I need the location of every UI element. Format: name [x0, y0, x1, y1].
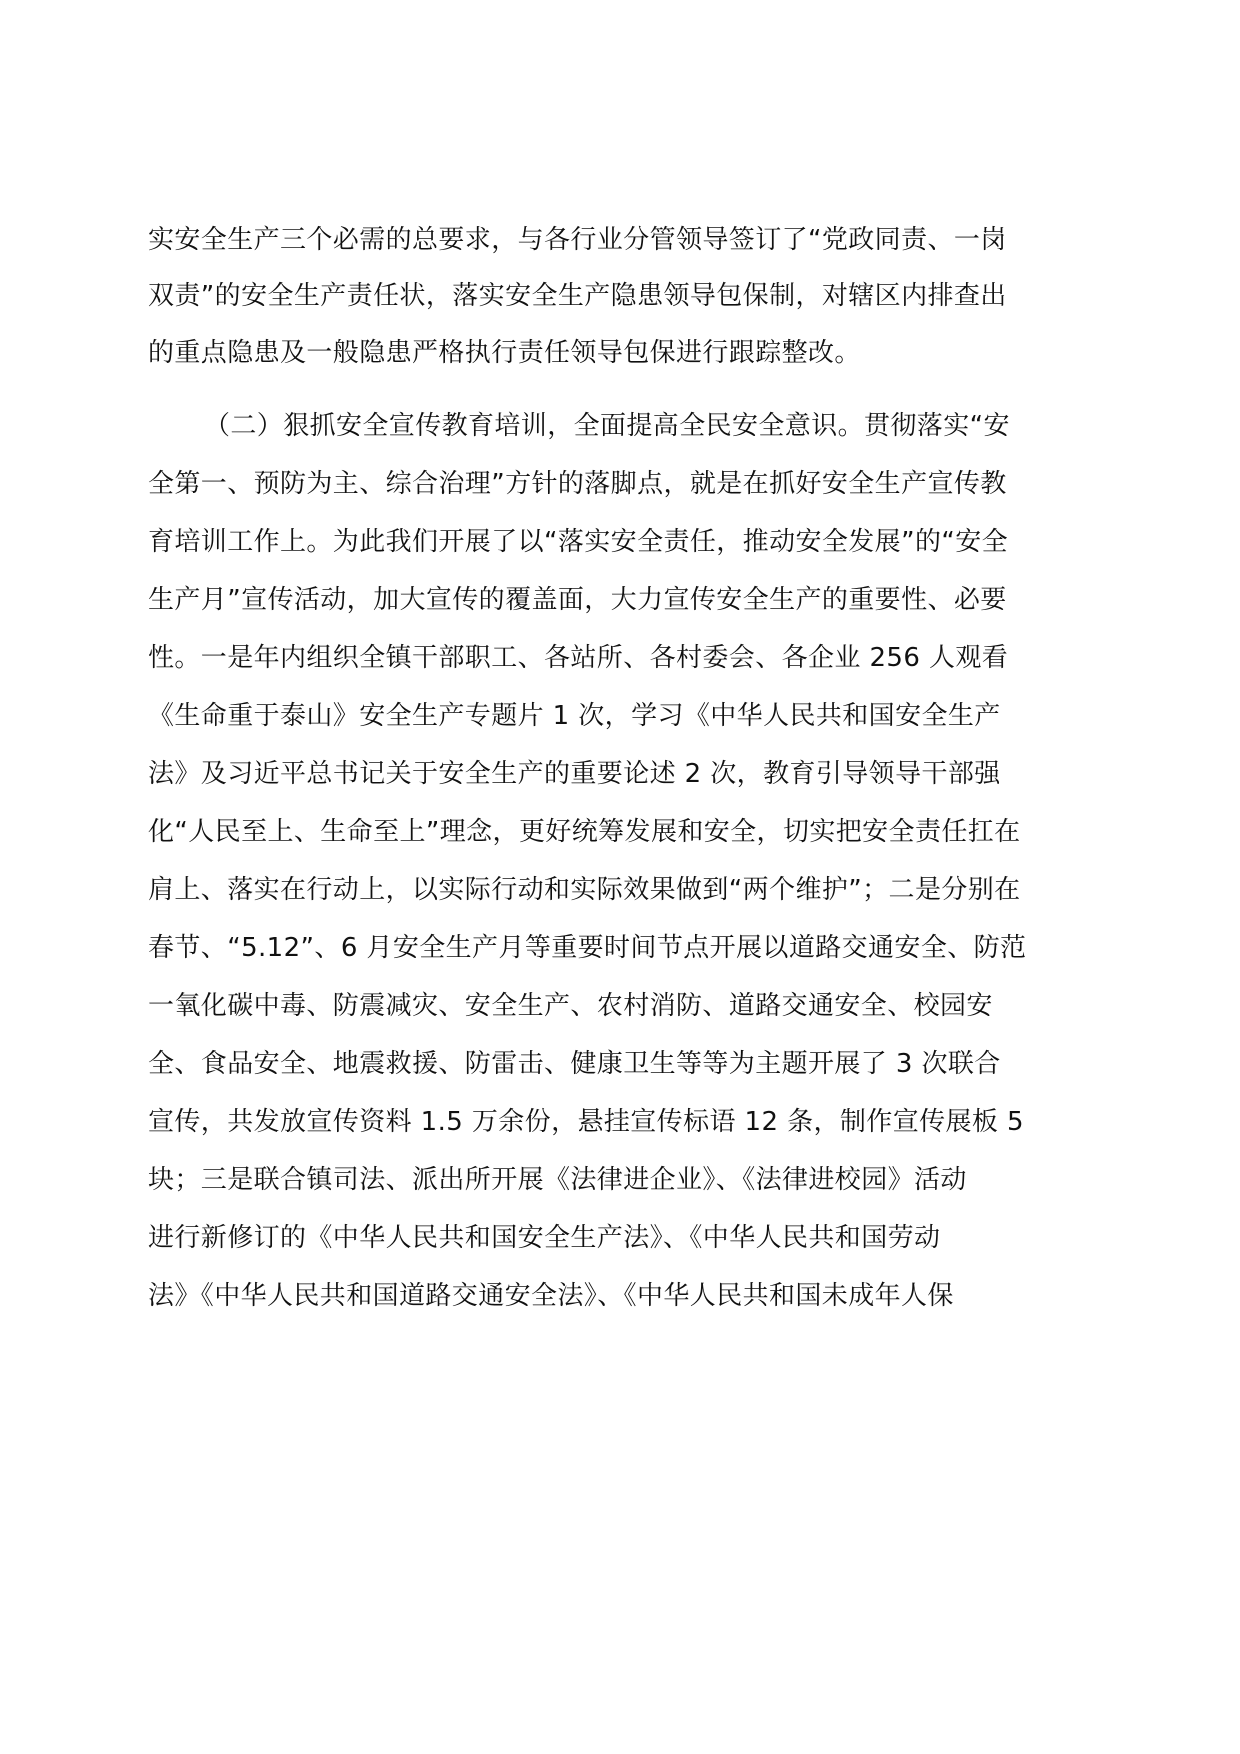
text-line: 肩上、落实在行动上，以实际行动和实际效果做到“两个维护”；二是分别在 — [148, 874, 1021, 906]
document-page: 实安全生产三个必需的总要求，与各行业分管领导签订了“党政同责、一岗 双责”的安全… — [0, 0, 1240, 1754]
text-line: 块；三是联合镇司法、派出所开展《法律进企业》、《法律进校园》活动 — [148, 1164, 967, 1196]
text-line: 的重点隐患及一般隐患严格执行责任领导包保进行跟踪整改。 — [148, 337, 861, 369]
text-line: 法》《中华人民共和国道路交通安全法》、《中华人民共和国未成年人保 — [148, 1280, 954, 1312]
text-line: 一氧化碳中毒、防震减灾、安全生产、农村消防、道路交通安全、校园安 — [148, 990, 993, 1022]
text-line: 法》及习近平总书记关于安全生产的重要论述 2 次，教育引导领导干部强 — [148, 758, 1001, 790]
text-line: 进行新修订的《中华人民共和国安全生产法》、《中华人民共和国劳动 — [148, 1222, 940, 1254]
text-line: 实安全生产三个必需的总要求，与各行业分管领导签订了“党政同责、一岗 — [148, 224, 1007, 256]
text-line: 春节、“5.12”、6 月安全生产月等重要时间节点开展以道路交通安全、防范 — [148, 932, 1026, 964]
text-line: 性。一是年内组织全镇干部职工、各站所、各村委会、各企业 256 人观看 — [148, 642, 1008, 674]
text-line: 宣传，共发放宣传资料 1.5 万余份，悬挂宣传标语 12 条，制作宣传展板 5 — [148, 1106, 1024, 1138]
text-line: 全、食品安全、地震救援、防雷击、健康卫生等等为主题开展了 3 次联合 — [148, 1048, 1001, 1080]
text-line: 生产月”宣传活动，加大宣传的覆盖面，大力宣传安全生产的重要性、必要 — [148, 584, 1007, 616]
section-heading-line: （二）狠抓安全宣传教育培训，全面提高全民安全意识。贯彻落实“安 — [204, 410, 1010, 442]
text-line: 全第一、预防为主、综合治理”方针的落脚点，就是在抓好安全生产宣传教 — [148, 468, 1007, 500]
text-line: 育培训工作上。为此我们开展了以“落实安全责任，推动安全发展”的“安全 — [148, 526, 1008, 558]
text-line: 化“人民至上、生命至上”理念，更好统筹发展和安全，切实把安全责任扛在 — [148, 816, 1021, 848]
text-line: 双责”的安全生产责任状，落实安全生产隐患领导包保制，对辖区内排查出 — [148, 280, 1007, 312]
text-line: 《生命重于泰山》安全生产专题片 1 次，学习《中华人民共和国安全生产 — [148, 700, 1001, 732]
